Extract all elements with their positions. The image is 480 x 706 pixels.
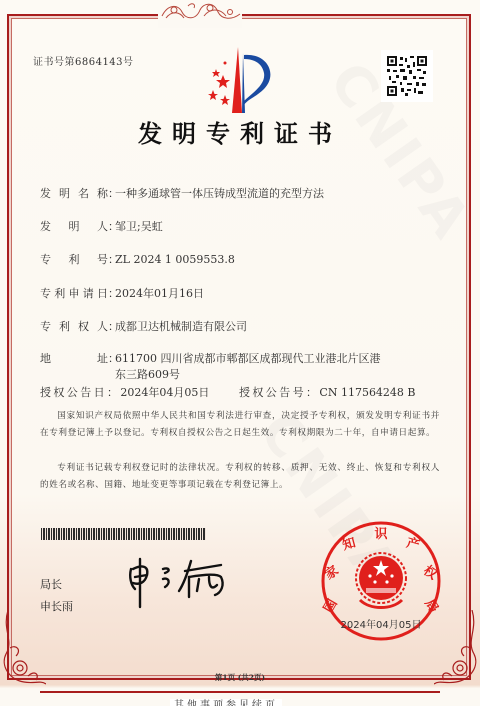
label-grant-number: 授权公告号： <box>239 386 319 399</box>
label-patent-number: 专利号 <box>40 251 108 267</box>
qr-code[interactable] <box>381 50 433 102</box>
label-invention-name: 发明名称 <box>40 185 108 201</box>
continued-note: 其他事项参见续页 <box>170 699 282 706</box>
ornament-top-icon <box>160 0 242 26</box>
field-grant-number: 授权公告号：CN 117564248 B <box>239 384 416 400</box>
value-address: 611700 四川省成都市郫都区成都现代工业港北片区港 <box>115 350 381 366</box>
field-inventor: 发明人：邹卫;吴虹 <box>40 218 163 234</box>
field-invention-name: 发明名称：一种多通球管一体压铸成型流道的充型方法 <box>40 185 324 201</box>
bottom-rule <box>40 691 440 693</box>
value-address-line2: 东三路609号 <box>115 366 180 382</box>
value-patentee: 成都卫达机械制造有限公司 <box>115 318 247 334</box>
svg-text:国: 国 <box>320 596 340 615</box>
value-grant-date: 2024年04月05日 <box>120 384 209 400</box>
svg-text:局: 局 <box>421 597 440 616</box>
svg-text:识: 识 <box>374 526 388 542</box>
field-patentee: 专利权人：成都卫达机械制造有限公司 <box>40 318 247 334</box>
page-number: 第1页 (共2页) <box>0 672 480 683</box>
field-patent-number: 专利号：ZL 2024 1 0059553.8 <box>40 251 235 267</box>
label-inventor: 发明人 <box>40 218 108 234</box>
patent-certificate-page: CNIPA CNIPA 证书号第6864143号 <box>0 0 480 706</box>
label-grant-date: 授权公告日： <box>40 386 120 399</box>
svg-text:知: 知 <box>341 535 358 554</box>
label-application-date: 专利申请日 <box>40 285 108 301</box>
director-name: 申长雨 <box>40 598 73 614</box>
certificate-number: 证书号第6864143号 <box>33 53 134 68</box>
value-inventor: 邹卫;吴虹 <box>115 218 163 234</box>
director-title: 局长 <box>40 576 62 592</box>
certificate-title: 发明专利证书 <box>0 114 480 149</box>
qr-code-icon <box>387 56 427 96</box>
field-grant-date: 授权公告日：2024年04月05日 <box>40 384 209 400</box>
director-signature-icon <box>125 555 245 610</box>
paragraph-grant-statement: 国家知识产权局依照中华人民共和国专利法进行审查，决定授予专利权，颁发发明专利证书… <box>40 408 440 442</box>
label-patentee: 专利权人 <box>40 318 108 334</box>
label-address: 地址 <box>40 350 108 366</box>
field-address: 地址：611700 四川省成都市郫都区成都现代工业港北片区港 <box>40 350 381 366</box>
paragraph-legal-status: 专利证书记载专利权登记时的法律状况。专利权的转移、质押、无效、终止、恢复和专利权… <box>40 460 440 494</box>
field-application-date: 专利申请日：2024年01月16日 <box>40 285 204 301</box>
value-grant-number: CN 117564248 B <box>319 386 415 399</box>
value-invention-name: 一种多通球管一体压铸成型流道的充型方法 <box>115 185 324 201</box>
cnipa-official-seal-icon: 国 家 知 识 产 权 局 2024年04月05日 <box>320 520 442 642</box>
barcode <box>41 528 206 540</box>
seal-date: 2024年04月05日 <box>341 618 422 631</box>
value-application-date: 2024年01月16日 <box>115 285 204 301</box>
svg-text:产: 产 <box>405 535 422 554</box>
cnipa-logo-icon <box>198 45 278 113</box>
value-patent-number: ZL 2024 1 0059553.8 <box>115 253 235 266</box>
